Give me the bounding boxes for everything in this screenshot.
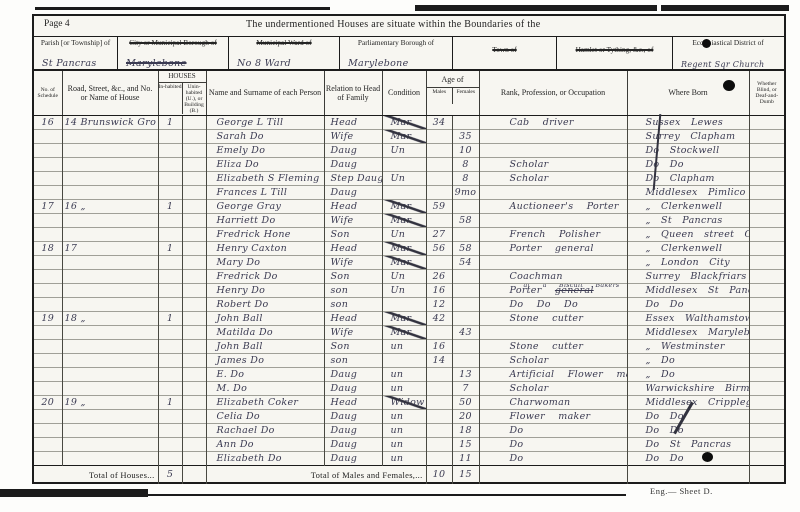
- cell-born: Do Do: [627, 409, 749, 423]
- cell-infirm: [749, 283, 784, 297]
- cell-rel: Son: [324, 227, 382, 241]
- cell-f: 7: [452, 381, 479, 395]
- cell-road: [62, 143, 158, 157]
- cell-uninh: [182, 409, 206, 423]
- cell-road: [62, 255, 158, 269]
- cell-infirm: [749, 423, 784, 437]
- table-row: E. DoDaugun13Artificial Flower maker„ Do: [34, 367, 784, 381]
- table-header: No. of Schedule Road, Street, &c., and N…: [34, 71, 784, 115]
- cell-uninh: [182, 367, 206, 381]
- table-row: Robert Doson12Do Do DoDo Do: [34, 297, 784, 311]
- cell-occ: Do Do Do: [479, 297, 627, 311]
- cell-born: Do Do: [627, 423, 749, 437]
- totals-born-cell: [627, 465, 749, 484]
- cell-born: „ Do: [627, 353, 749, 367]
- cell-cond: Widow: [382, 395, 426, 409]
- cell-cond: Un: [382, 143, 426, 157]
- cell-f: 58: [452, 213, 479, 227]
- district-header-row: Parish [or Township] of St Pancras City …: [34, 37, 784, 71]
- cell-occ: Auctioneer's Porter: [479, 199, 627, 213]
- col-houses-group: HOUSES In-habited Unin-habited (U.), or …: [158, 71, 206, 115]
- cell-rel: Daug: [324, 143, 382, 157]
- cell-cond: un: [382, 451, 426, 465]
- parish-label: Parish [or Township] of: [34, 37, 117, 47]
- cell-m: [426, 255, 452, 269]
- cell-sched: 19: [34, 311, 62, 325]
- cell-f: [452, 339, 479, 353]
- cell-f: 50: [452, 395, 479, 409]
- table-row: Frances L TillDaug9moMiddlesex Pimlico: [34, 185, 784, 199]
- cell-road: 17: [62, 241, 158, 255]
- cell-m: [426, 185, 452, 199]
- scan-line-bottom: [148, 494, 626, 496]
- cell-name: Celia Do: [206, 409, 324, 423]
- cell-cond: Mar: [382, 255, 426, 269]
- col-females: Females: [453, 88, 479, 104]
- cell-uninh: [182, 115, 206, 129]
- cell-born: „ Queen street Oxford St: [627, 227, 749, 241]
- cell-infirm: [749, 451, 784, 465]
- col-inhabited: In-habited: [159, 83, 183, 114]
- cell-inh: 1: [158, 199, 182, 213]
- sheet-title: The undermentioned Houses are situate wi…: [246, 19, 540, 30]
- cell-born: Middlesex Cripplegate: [627, 395, 749, 409]
- cell-uninh: [182, 269, 206, 283]
- table-row: 1716 „1George GrayHeadMar59Auctioneer's …: [34, 199, 784, 213]
- cell-f: 54: [452, 255, 479, 269]
- cell-uninh: [182, 437, 206, 451]
- municipal-ward-label: Municipal Ward of: [229, 37, 339, 47]
- cell-sched: [34, 409, 62, 423]
- cell-inh: [158, 451, 182, 465]
- cell-road: [62, 381, 158, 395]
- scan-bar-top-right: [661, 5, 789, 11]
- cell-f: [452, 199, 479, 213]
- cell-f: 9mo: [452, 185, 479, 199]
- cell-born: Middlesex St Pancras: [627, 283, 749, 297]
- cell-occ: Scholar: [479, 157, 627, 171]
- cell-rel: Daug: [324, 157, 382, 171]
- cell-cond: Mar: [382, 311, 426, 325]
- cell-infirm: [749, 255, 784, 269]
- cell-cond: un: [382, 437, 426, 451]
- cell-rel: Step Daug: [324, 171, 382, 185]
- cell-m: 26: [426, 269, 452, 283]
- col-condition: Condition: [382, 71, 426, 115]
- cell-m: 27: [426, 227, 452, 241]
- cell-cond: Mar: [382, 325, 426, 339]
- col-infirm: Whether Blind, or Deaf-and-Dumb: [749, 71, 784, 115]
- cell-occ: Stone cutter: [479, 311, 627, 325]
- table-row: Emely DoDaugUn10Do Stockwell: [34, 143, 784, 157]
- cell-inh: [158, 381, 182, 395]
- cell-sched: 16: [34, 115, 62, 129]
- scan-bar-top-mid: [415, 5, 657, 11]
- cell-f: 18: [452, 423, 479, 437]
- table-row: James Doson14Scholar„ Do: [34, 353, 784, 367]
- cell-occ: Cab driver: [479, 115, 627, 129]
- cell-cond: Un: [382, 171, 426, 185]
- cell-uninh: [182, 255, 206, 269]
- cell-f: 35: [452, 129, 479, 143]
- cell-inh: [158, 143, 182, 157]
- hamlet-label: Hamlet or Tything, &c., of: [557, 37, 672, 54]
- cell-name: Fredrick Hone: [206, 227, 324, 241]
- houses-group-label: HOUSES: [159, 71, 206, 83]
- cell-sched: [34, 227, 62, 241]
- total-houses-value: 5: [158, 465, 182, 484]
- cell-uninh: [182, 129, 206, 143]
- cell-infirm: [749, 311, 784, 325]
- cell-occ: Artificial Flower maker: [479, 367, 627, 381]
- cell-name: Elizabeth Do: [206, 451, 324, 465]
- cell-sched: 20: [34, 395, 62, 409]
- cell-infirm: [749, 199, 784, 213]
- cell-uninh: [182, 241, 206, 255]
- table-row: Rachael DoDaugun18DoDo Do: [34, 423, 784, 437]
- cell-name: Elizabeth Coker: [206, 395, 324, 409]
- cell-uninh: [182, 325, 206, 339]
- cell-f: 8: [452, 157, 479, 171]
- cell-cond: [382, 157, 426, 171]
- cell-born: „ Clerkenwell: [627, 199, 749, 213]
- cell-occ: Do: [479, 437, 627, 451]
- cell-born: Warwickshire Birmingham: [627, 381, 749, 395]
- cell-occ: [479, 129, 627, 143]
- cell-born: „ Do: [627, 367, 749, 381]
- cell-infirm: [749, 143, 784, 157]
- cell-infirm: [749, 381, 784, 395]
- cell-inh: 1: [158, 241, 182, 255]
- parliamentary-borough-value: Marylebone: [348, 58, 409, 69]
- cell-f: 8: [452, 171, 479, 185]
- cell-cond: un: [382, 409, 426, 423]
- cell-rel: Daug: [324, 451, 382, 465]
- cell-born: „ St Pancras: [627, 213, 749, 227]
- cell-sched: [34, 325, 62, 339]
- cell-road: [62, 213, 158, 227]
- district-box-hamlet: Hamlet or Tything, &c., of: [557, 37, 673, 69]
- table-row: Elizabeth DoDaugun11DoDo Do: [34, 451, 784, 465]
- cell-sched: 17: [34, 199, 62, 213]
- cell-f: 20: [452, 409, 479, 423]
- cell-rel: Daug: [324, 185, 382, 199]
- cell-inh: [158, 227, 182, 241]
- cell-sched: [34, 353, 62, 367]
- cell-cond: Mar: [382, 241, 426, 255]
- cell-uninh: [182, 381, 206, 395]
- cell-occ: [479, 213, 627, 227]
- cell-name: E. Do: [206, 367, 324, 381]
- cell-uninh: [182, 157, 206, 171]
- sheet-footer-label: Eng.— Sheet D.: [650, 486, 713, 496]
- cell-rel: Daug: [324, 437, 382, 451]
- col-name: Name and Surname of each Person: [206, 71, 324, 115]
- cell-born: „ London City: [627, 255, 749, 269]
- cell-name: George Gray: [206, 199, 324, 213]
- cell-born: Do Clapham: [627, 171, 749, 185]
- cell-inh: [158, 171, 182, 185]
- cell-f: 43: [452, 325, 479, 339]
- cell-rel: Daug: [324, 367, 382, 381]
- cell-rel: Son: [324, 339, 382, 353]
- cell-sched: [34, 297, 62, 311]
- cell-infirm: [749, 437, 784, 451]
- col-road: Road, Street, &c., and No. or Name of Ho…: [62, 71, 158, 115]
- census-sheet: Page 4 The undermentioned Houses are sit…: [32, 14, 786, 484]
- cell-born: „ Westminster: [627, 339, 749, 353]
- cell-f: 58: [452, 241, 479, 255]
- cell-born: Surrey Clapham: [627, 129, 749, 143]
- cell-road: 18 „: [62, 311, 158, 325]
- cell-occ: Do: [479, 423, 627, 437]
- total-houses-label: Total of Houses...: [34, 465, 158, 484]
- cell-name: Fredrick Do: [206, 269, 324, 283]
- table-row: Fredrick DoSonUn26CoachmanSurrey Blackfr…: [34, 269, 784, 283]
- cell-inh: [158, 297, 182, 311]
- cell-infirm: [749, 185, 784, 199]
- cell-name: Matilda Do: [206, 325, 324, 339]
- table-row: M. DoDaugun7ScholarWarwickshire Birmingh…: [34, 381, 784, 395]
- cell-m: [426, 367, 452, 381]
- cell-m: [426, 171, 452, 185]
- cell-f: 10: [452, 143, 479, 157]
- cell-cond: Mar: [382, 213, 426, 227]
- cell-infirm: [749, 409, 784, 423]
- total-persons-label: Total of Males and Females,...: [206, 465, 426, 484]
- cell-cond: Mar: [382, 199, 426, 213]
- cell-f: [452, 227, 479, 241]
- cell-occ: Coachman: [479, 269, 627, 283]
- born-label: Where Born: [668, 88, 707, 97]
- cell-f: 13: [452, 367, 479, 381]
- cell-uninh: [182, 171, 206, 185]
- cell-sched: [34, 157, 62, 171]
- cell-road: [62, 353, 158, 367]
- table-row: Sarah DoWifeMar35Surrey Clapham: [34, 129, 784, 143]
- cell-infirm: [749, 297, 784, 311]
- cell-cond: un: [382, 381, 426, 395]
- cell-sched: [34, 381, 62, 395]
- cell-infirm: [749, 353, 784, 367]
- district-box-ecclesiastical: Ecclesiastical District of Regent Sqr Ch…: [673, 37, 783, 69]
- cell-inh: 1: [158, 115, 182, 129]
- cell-cond: Un: [382, 227, 426, 241]
- cell-road: [62, 451, 158, 465]
- cell-name: Rachael Do: [206, 423, 324, 437]
- cell-infirm: [749, 157, 784, 171]
- cell-name: M. Do: [206, 381, 324, 395]
- cell-born: Sussex Lewes: [627, 115, 749, 129]
- cell-m: 16: [426, 339, 452, 353]
- cell-m: 34: [426, 115, 452, 129]
- cell-occ: [479, 185, 627, 199]
- cell-rel: Wife: [324, 129, 382, 143]
- cell-f: 11: [452, 451, 479, 465]
- cell-sched: [34, 171, 62, 185]
- cell-uninh: [182, 395, 206, 409]
- cell-rel: Wife: [324, 255, 382, 269]
- cell-occ: Porter generalat a Biscuit Bakers: [479, 283, 627, 297]
- cell-name: Sarah Do: [206, 129, 324, 143]
- totals-occupation-cell: [479, 465, 627, 484]
- table-row: 1614 Brunswick Gro1George L TillHeadMar3…: [34, 115, 784, 129]
- cell-name: Ann Do: [206, 437, 324, 451]
- cell-road: [62, 129, 158, 143]
- cell-occ: Scholar: [479, 171, 627, 185]
- cell-road: [62, 171, 158, 185]
- cell-inh: 1: [158, 395, 182, 409]
- col-relation: Relation to Head of Family: [324, 71, 382, 115]
- occupation-correction-note: at a Biscuit Bakers: [524, 283, 620, 289]
- cell-m: 12: [426, 297, 452, 311]
- cell-road: [62, 339, 158, 353]
- cell-road: [62, 325, 158, 339]
- cell-sched: [34, 143, 62, 157]
- cell-uninh: [182, 297, 206, 311]
- cell-sched: [34, 255, 62, 269]
- cell-m: [426, 157, 452, 171]
- cell-uninh: [182, 227, 206, 241]
- cell-sched: 18: [34, 241, 62, 255]
- cell-inh: [158, 213, 182, 227]
- cell-sched: [34, 437, 62, 451]
- district-box-city-borough: City or Municipal Borough of Marylebone: [118, 37, 229, 69]
- cell-occ: [479, 325, 627, 339]
- cell-rel: Son: [324, 269, 382, 283]
- cell-born: Do St Pancras: [627, 437, 749, 451]
- cell-born: Essex Walthamstow: [627, 311, 749, 325]
- cell-born: „ Clerkenwell: [627, 241, 749, 255]
- cell-m: [426, 129, 452, 143]
- cell-born: Surrey Blackfriars: [627, 269, 749, 283]
- cell-cond: Mar: [382, 129, 426, 143]
- cell-rel: Head: [324, 241, 382, 255]
- cell-born: Do Do: [627, 451, 749, 465]
- cell-name: Emely Do: [206, 143, 324, 157]
- table-row: Henry DosonUn16Porter generalat a Biscui…: [34, 283, 784, 297]
- table-row: 2019 „1Elizabeth CokerHeadWidow50Charwom…: [34, 395, 784, 409]
- cell-occ: Do: [479, 451, 627, 465]
- cell-road: [62, 367, 158, 381]
- cell-m: [426, 437, 452, 451]
- cell-m: 14: [426, 353, 452, 367]
- cell-road: 14 Brunswick Gro: [62, 115, 158, 129]
- cell-sched: [34, 451, 62, 465]
- cell-inh: [158, 269, 182, 283]
- cell-name: Frances L Till: [206, 185, 324, 199]
- cell-m: 56: [426, 241, 452, 255]
- cell-f: [452, 353, 479, 367]
- cell-road: [62, 269, 158, 283]
- parliamentary-borough-label: Parliamentary Borough of: [340, 37, 452, 47]
- cell-name: Elizabeth S Fleming: [206, 171, 324, 185]
- cell-sched: [34, 269, 62, 283]
- cell-inh: [158, 409, 182, 423]
- cell-m: [426, 143, 452, 157]
- col-schedule: No. of Schedule: [34, 71, 62, 115]
- cell-name: George L Till: [206, 115, 324, 129]
- totals-row: Total of Houses... 5 Total of Males and …: [34, 465, 784, 484]
- cell-rel: Head: [324, 395, 382, 409]
- table-row: Elizabeth S FlemingStep DaugUn8ScholarDo…: [34, 171, 784, 185]
- cell-name: Mary Do: [206, 255, 324, 269]
- col-occupation: Rank, Profession, or Occupation: [479, 71, 627, 115]
- cell-m: [426, 395, 452, 409]
- town-label: Town of: [453, 37, 556, 54]
- cell-uninh: [182, 143, 206, 157]
- totals-uninhabited-cell: [182, 465, 206, 484]
- cell-born: Do Do: [627, 157, 749, 171]
- cell-name: Harriett Do: [206, 213, 324, 227]
- rows-container: 1614 Brunswick Gro1George L TillHeadMar3…: [34, 115, 784, 465]
- cell-rel: son: [324, 297, 382, 311]
- cell-born: Middlesex Pimlico: [627, 185, 749, 199]
- cell-road: [62, 283, 158, 297]
- col-age-group: Age of Males Females: [426, 71, 479, 115]
- cell-infirm: [749, 367, 784, 381]
- cell-cond: [382, 297, 426, 311]
- cell-rel: Head: [324, 115, 382, 129]
- ink-blob-bottom: [702, 452, 713, 462]
- district-box-town: Town of: [453, 37, 557, 69]
- cell-occ: Flower maker: [479, 409, 627, 423]
- ink-blob-ecclesiastical: [702, 39, 711, 48]
- cell-inh: [158, 423, 182, 437]
- total-males-value: 10: [426, 465, 452, 484]
- page-number-label: Page 4: [44, 19, 70, 29]
- cell-sched: [34, 283, 62, 297]
- cell-rel: son: [324, 283, 382, 297]
- cell-m: [426, 325, 452, 339]
- ecclesiastical-label: Ecclesiastical District of: [673, 37, 783, 47]
- cell-inh: 1: [158, 311, 182, 325]
- cell-infirm: [749, 129, 784, 143]
- cell-infirm: [749, 269, 784, 283]
- age-group-label: Age of: [427, 71, 479, 88]
- cell-infirm: [749, 241, 784, 255]
- cell-name: Robert Do: [206, 297, 324, 311]
- cell-sched: [34, 339, 62, 353]
- cell-rel: son: [324, 353, 382, 367]
- cell-cond: Un: [382, 283, 426, 297]
- ecclesiastical-value: Regent Sqr Church: [681, 60, 764, 69]
- col-uninhabited: Unin-habited (U.), or Building (B.): [183, 83, 206, 114]
- ink-blob-born-header: [723, 80, 735, 91]
- cell-inh: [158, 367, 182, 381]
- cell-name: Henry Caxton: [206, 241, 324, 255]
- cell-inh: [158, 437, 182, 451]
- census-table: No. of Schedule Road, Street, &c., and N…: [34, 71, 784, 484]
- cell-infirm: [749, 339, 784, 353]
- cell-m: 42: [426, 311, 452, 325]
- cell-uninh: [182, 339, 206, 353]
- city-borough-value: Marylebone: [126, 58, 187, 69]
- municipal-ward-value: No 8 Ward: [237, 58, 291, 69]
- cell-infirm: [749, 325, 784, 339]
- cell-occ: Stone cutter: [479, 339, 627, 353]
- cell-uninh: [182, 451, 206, 465]
- cell-cond: Un: [382, 269, 426, 283]
- table-row: Fredrick HoneSonUn27French Polisher„ Que…: [34, 227, 784, 241]
- cell-born: Do Do: [627, 297, 749, 311]
- cell-cond: un: [382, 339, 426, 353]
- table-row: Ann DoDaugun15DoDo St Pancras: [34, 437, 784, 451]
- cell-sched: [34, 129, 62, 143]
- cell-rel: Head: [324, 199, 382, 213]
- cell-cond: [382, 353, 426, 367]
- cell-uninh: [182, 199, 206, 213]
